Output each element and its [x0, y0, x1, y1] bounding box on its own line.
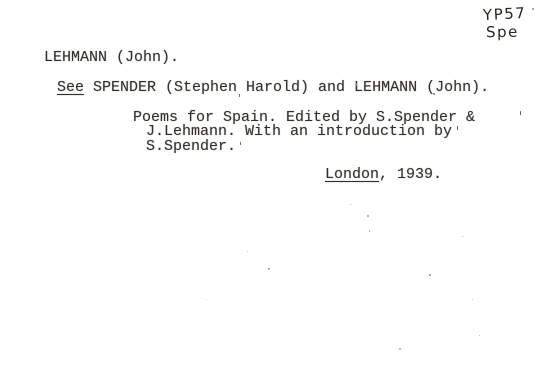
see-label: See: [57, 79, 84, 96]
note-line-2: J.Lehmann. With an introduction by: [146, 124, 452, 139]
stray-mark: [457, 126, 458, 130]
see-reference: See SPENDER (Stephen Harold) and LEHMANN…: [57, 80, 489, 95]
paper-speck: [247, 251, 248, 252]
paper-speck: [462, 236, 463, 237]
paper-speck: [367, 215, 369, 217]
stray-mark: [356, 83, 357, 86]
catalog-card: YP57 Spe LEHMANN (John). See SPENDER (St…: [0, 0, 550, 374]
imprint-date: , 1939.: [379, 166, 442, 183]
paper-speck: [429, 274, 431, 276]
paper-speck: [532, 8, 534, 10]
stray-mark: [520, 111, 521, 115]
stray-mark: [433, 93, 435, 95]
imprint: London, 1939.: [325, 167, 442, 182]
stray-mark: [240, 142, 241, 145]
stray-mark: [239, 94, 240, 97]
paper-speck: [479, 335, 480, 336]
paper-speck: [472, 299, 473, 300]
imprint-place: London: [325, 166, 379, 183]
paper-speck: [268, 268, 270, 270]
paper-speck: [369, 230, 370, 232]
classmark-line-2: Spe: [486, 24, 519, 41]
author-heading: LEHMANN (John).: [44, 50, 179, 65]
note-line-3: S.Spender.: [146, 139, 236, 154]
classmark-line-1: YP57: [483, 5, 527, 23]
paper-speck: [350, 204, 351, 205]
paper-speck: [399, 348, 401, 350]
see-reference-text: SPENDER (Stephen Harold) and LEHMANN (Jo…: [84, 79, 489, 96]
paper-speck: [206, 299, 207, 300]
